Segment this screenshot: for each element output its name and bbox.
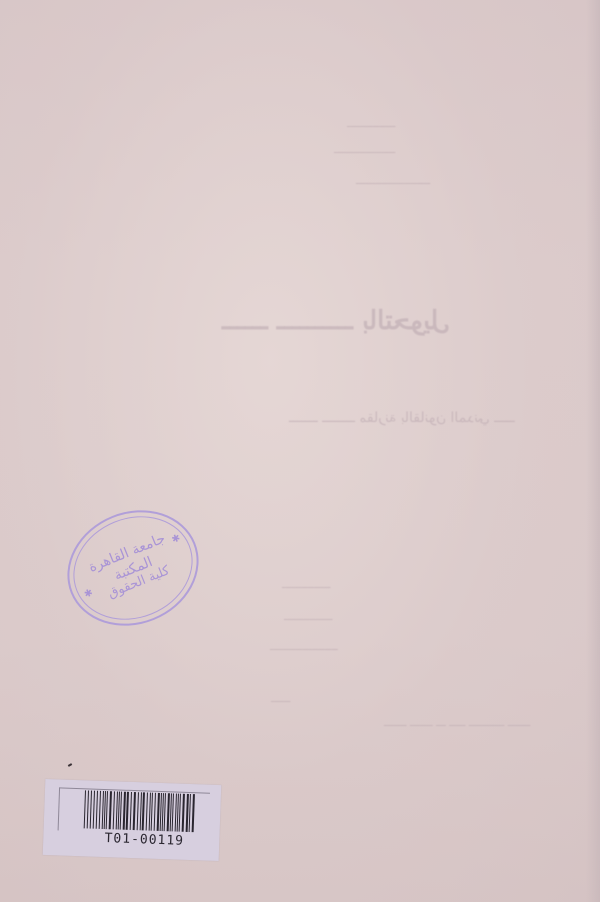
barcode-number: T01-00119: [89, 831, 199, 850]
bleed-through-title: ــــــ ــــــــــ بالتحويل: [222, 306, 450, 336]
bleed-through-line: ـــــــــــــــــــ: [334, 143, 395, 156]
library-stamp: ✱ ✱ جامعة القاهرة المكتبة كلية الحقوق: [50, 491, 216, 645]
bleed-through-line: ـــــــ ـــــــ ـــ ـــــ ـــــــــــ ــ…: [384, 716, 530, 729]
page-edge-shadow: [586, 0, 600, 902]
scanned-page: ـــــــــــــــ ـــــــــــــــــــ ــــ…: [0, 0, 600, 902]
bleed-through-line: ـــــــــــــــــــــــ: [356, 174, 430, 187]
barcode-label: T01-00119: [43, 779, 222, 861]
bleed-through-line: ـــــــــــــــ: [282, 578, 330, 591]
barcode-icon: [84, 790, 197, 832]
bleed-through-subtitle: ـــــــ ــــــــ مقارنة بالقانون المدني …: [289, 410, 515, 426]
bleed-through-line: ـــــــــــــــــــــ: [270, 640, 338, 653]
bleed-through-line: ــــــ: [271, 692, 290, 705]
bleed-through-line: ـــــــــــــــ: [347, 117, 395, 130]
bleed-through-line: ـــــــــــــــ: [284, 610, 332, 623]
ink-speck: [68, 763, 72, 767]
